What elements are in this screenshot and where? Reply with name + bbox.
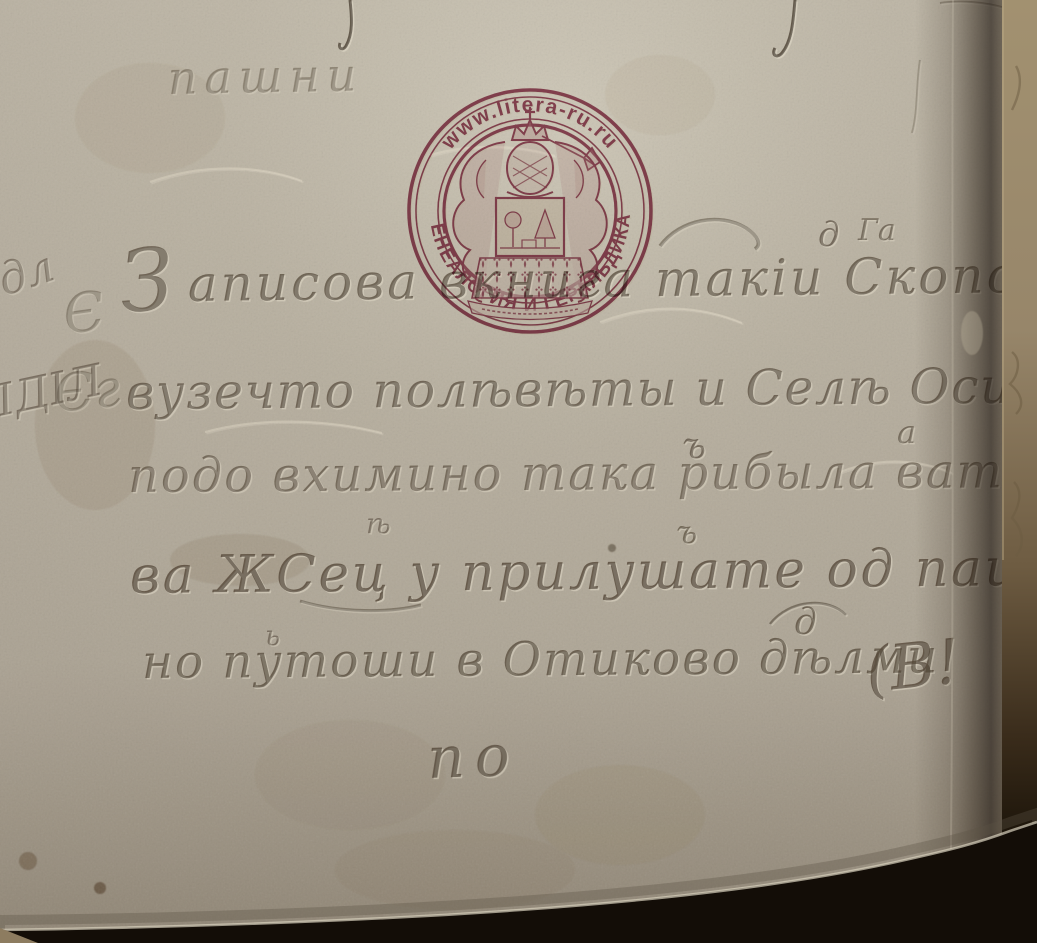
superscript-4: ъ bbox=[676, 513, 697, 551]
line1-initial: З bbox=[116, 229, 176, 332]
superscript-7: ѣ bbox=[366, 507, 391, 540]
superscript-0: д bbox=[818, 215, 840, 255]
page-fold-shading bbox=[915, 0, 1010, 943]
superscript-1: Га bbox=[857, 213, 896, 248]
superscript-6: д bbox=[794, 602, 817, 643]
margin-mark-1: Є bbox=[59, 279, 109, 347]
superscript-3: а bbox=[897, 413, 916, 451]
ermine-canopy bbox=[472, 258, 588, 298]
handwritten-top-word: пашни bbox=[167, 48, 363, 105]
handwritten-line-5: но путоши в Отиково дѣлми bbox=[142, 629, 940, 690]
shield bbox=[496, 198, 564, 256]
manuscript-photo: пашни З аписова вкнига такіи Скополовѣ в… bbox=[0, 0, 1037, 943]
superscript-5: ь bbox=[265, 619, 280, 652]
superscript-2: ъ bbox=[682, 426, 706, 467]
handwritten-line-4: ва ЖСец у прилушате од паши bbox=[130, 538, 1037, 606]
manuscript-photo-canvas: пашни З аписова вкнига такіи Скополовѣ в… bbox=[0, 0, 1037, 943]
handwritten-line-2: вузечто полѣвѣты и Селѣ Осиропѣ bbox=[126, 357, 1037, 421]
handwritten-line-3: подо вхимино така рибыла вать bbox=[128, 443, 1032, 504]
catchword: по bbox=[426, 721, 521, 792]
next-page-edge bbox=[1002, 0, 1037, 943]
